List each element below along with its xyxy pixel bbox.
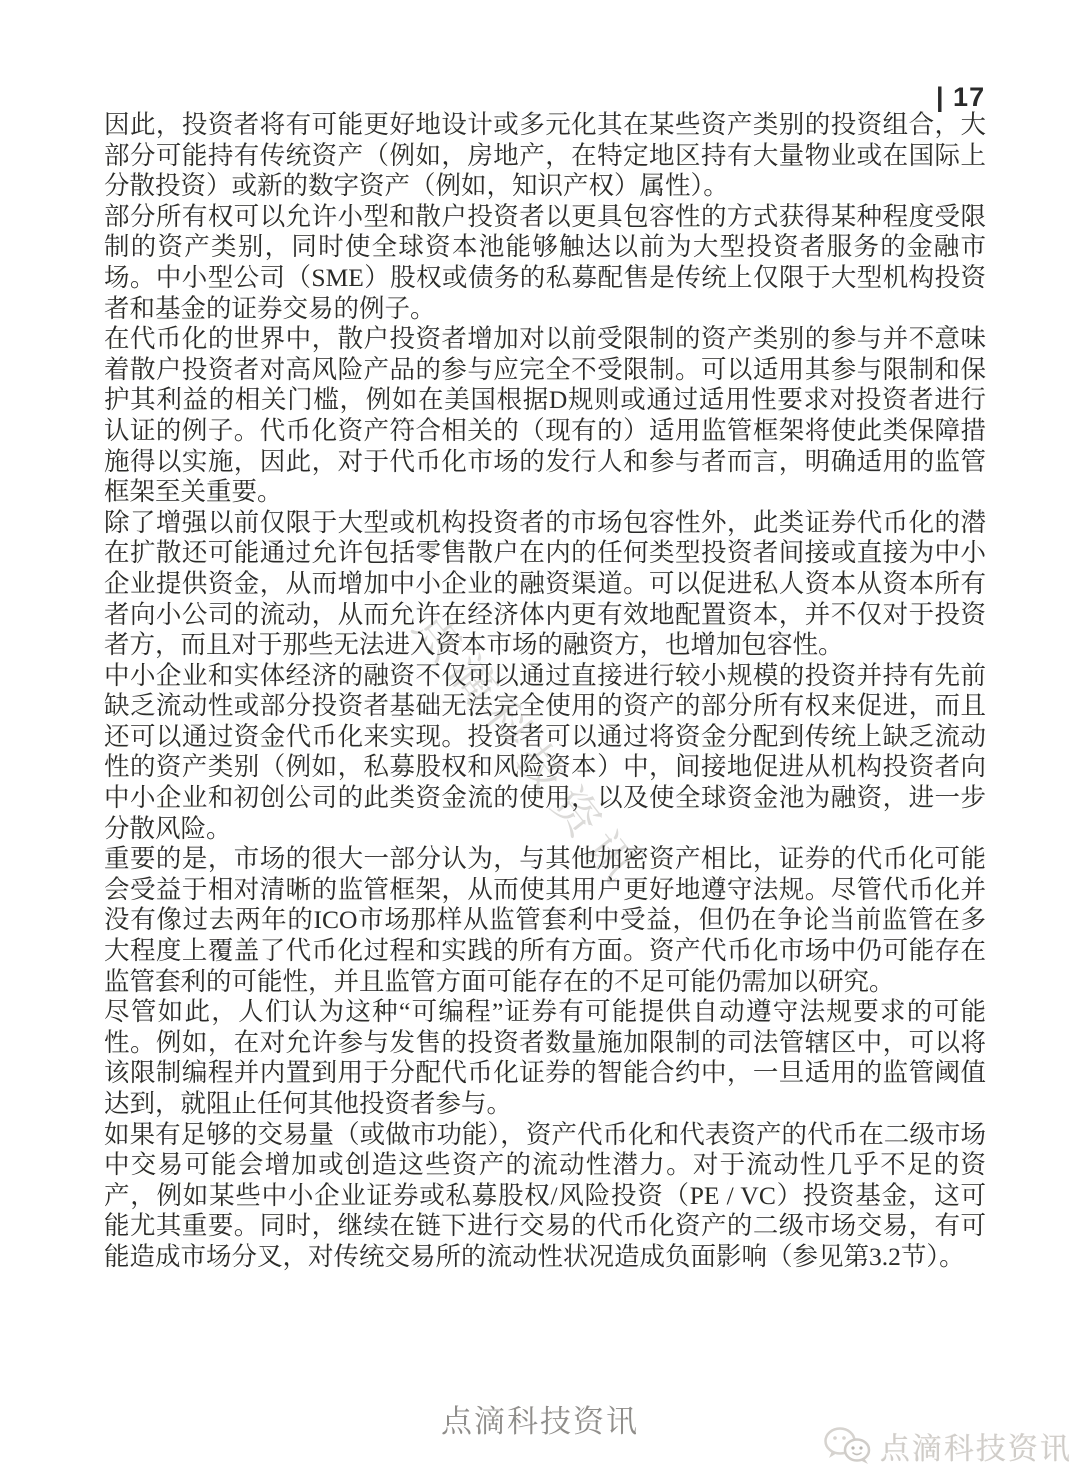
document-page: | 17 点滴科技资讯 因此，投资者将有可能更好地设计或多元化其在某些资产类别的… (0, 0, 1080, 1469)
wechat-icon (824, 1426, 874, 1466)
paragraph: 如果有足够的交易量（或做市功能），资产代币化和代表资产的代币在二级市场中交易可能… (104, 1120, 986, 1273)
paragraph: 尽管如此，人们认为这种“可编程”证券有可能提供自动遵守法规要求的可能性。例如，在… (104, 997, 986, 1119)
paragraph: 重要的是，市场的很大一部分认为，与其他加密资产相比，证券的代币化可能会受益于相对… (104, 844, 986, 997)
paragraph: 因此，投资者将有可能更好地设计或多元化其在某些资产类别的投资组合，大部分可能持有… (104, 110, 986, 202)
footer-brand-label: 点滴科技资讯 (880, 1424, 1072, 1468)
body-text: 因此，投资者将有可能更好地设计或多元化其在某些资产类别的投资组合，大部分可能持有… (104, 110, 986, 1273)
footer-brand-right: 点滴科技资讯 (824, 1424, 1072, 1468)
paragraph: 在代币化的世界中，散户投资者增加对以前受限制的资产类别的参与并不意味着散户投资者… (104, 324, 986, 508)
paragraph: 部分所有权可以允许小型和散户投资者以更具包容性的方式获得某种程度受限制的资产类别… (104, 202, 986, 324)
page-number: | 17 (936, 82, 996, 113)
paragraph: 除了增强以前仅限于大型或机构投资者的市场包容性外，此类证券代币化的潜在扩散还可能… (104, 508, 986, 661)
paragraph: 中小企业和实体经济的融资不仅可以通过直接进行较小规模的投资并持有先前缺乏流动性或… (104, 661, 986, 845)
